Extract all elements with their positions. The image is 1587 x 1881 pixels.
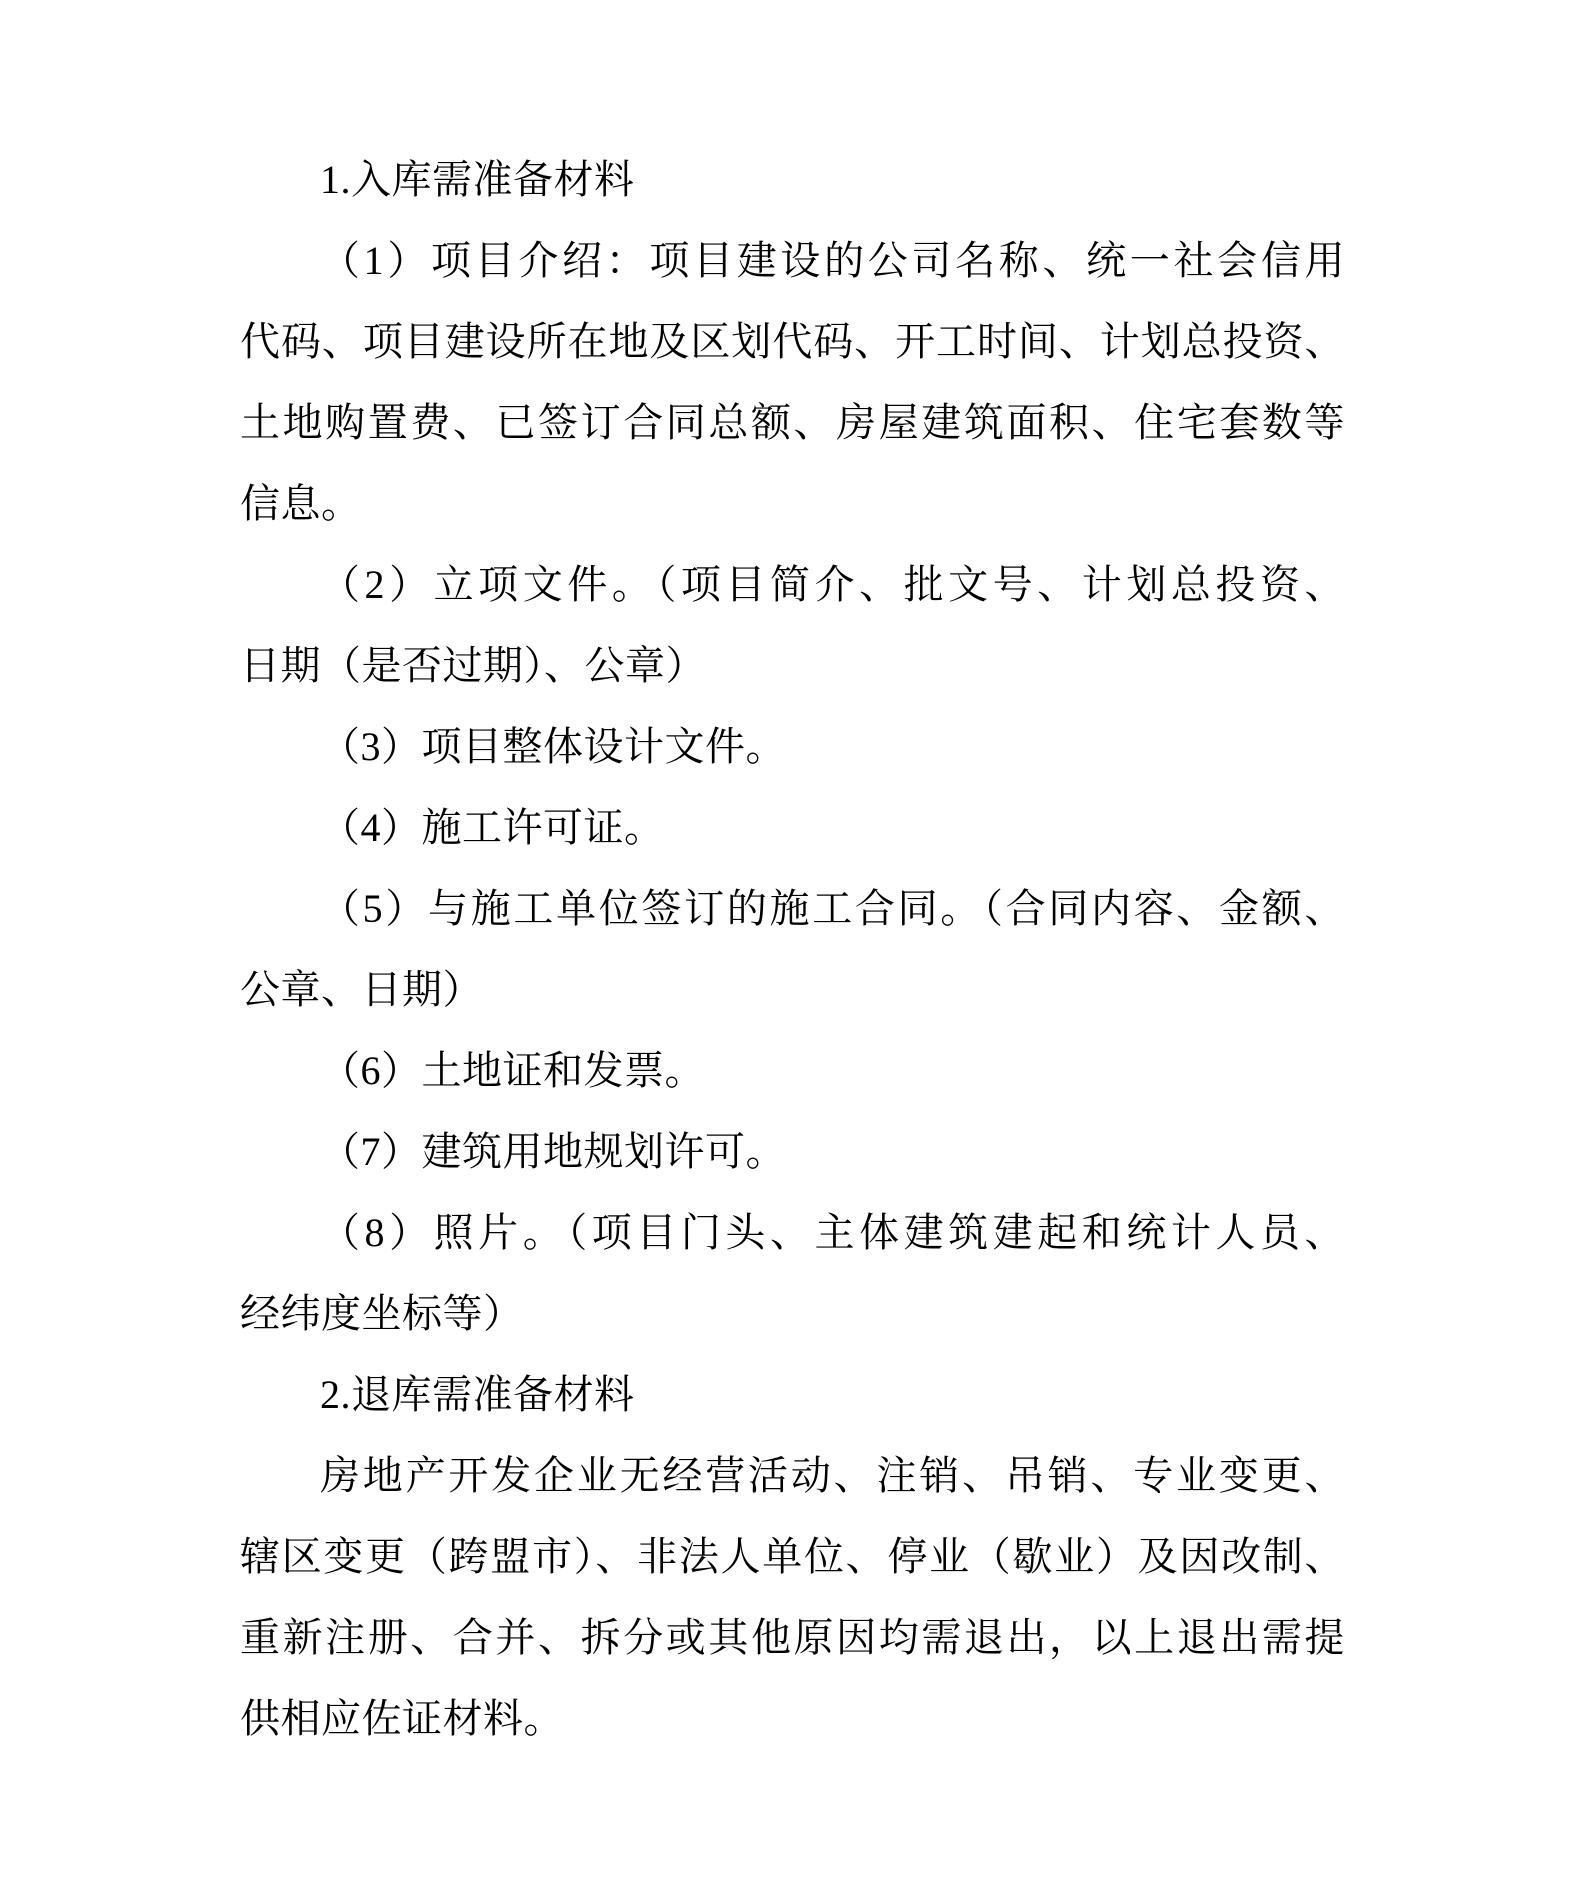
document-page: 1.入库需准备材料（1）项目介绍：项目建设的公司名称、统一社会信用代码、项目建设… [0, 0, 1587, 1881]
paragraph-line: 房地产开发企业无经营活动、注销、吊销、专业变更、 [240, 1435, 1345, 1516]
paragraph-line: （3）项目整体设计文件。 [240, 706, 1345, 787]
document-text-block: 1.入库需准备材料（1）项目介绍：项目建设的公司名称、统一社会信用代码、项目建设… [240, 139, 1345, 1759]
paragraph-line: 日期（是否过期）、公章） [240, 625, 1345, 706]
paragraph-line: 重新注册、合并、拆分或其他原因均需退出，以上退出需提 [240, 1597, 1345, 1678]
paragraph-line: 辖区变更（跨盟市）、非法人单位、停业（歇业）及因改制、 [240, 1516, 1345, 1597]
paragraph-line: （5）与施工单位签订的施工合同。（合同内容、金额、 [240, 868, 1345, 949]
paragraph-line: （8）照片。（项目门头、主体建筑建起和统计人员、 [240, 1192, 1345, 1273]
paragraph-line: （4）施工许可证。 [240, 787, 1345, 868]
paragraph-line: 供相应佐证材料。 [240, 1678, 1345, 1759]
paragraph-line: 信息。 [240, 463, 1345, 544]
paragraph-line: 公章、日期） [240, 949, 1345, 1030]
paragraph-line: （6）土地证和发票。 [240, 1030, 1345, 1111]
paragraph-line: 代码、项目建设所在地及区划代码、开工时间、计划总投资、 [240, 301, 1345, 382]
paragraph-line: 经纬度坐标等） [240, 1273, 1345, 1354]
paragraph-line: 土地购置费、已签订合同总额、房屋建筑面积、住宅套数等 [240, 382, 1345, 463]
paragraph-line: （7）建筑用地规划许可。 [240, 1111, 1345, 1192]
section-heading: 1.入库需准备材料 [240, 139, 1345, 220]
section-heading: 2.退库需准备材料 [240, 1354, 1345, 1435]
paragraph-line: （1）项目介绍：项目建设的公司名称、统一社会信用 [240, 220, 1345, 301]
paragraph-line: （2）立项文件。（项目简介、批文号、计划总投资、 [240, 544, 1345, 625]
